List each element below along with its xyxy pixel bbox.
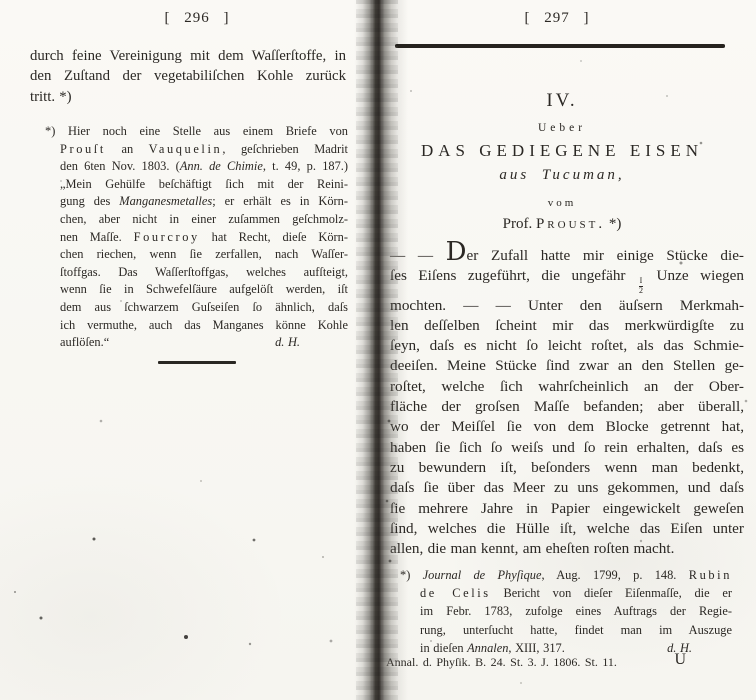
article-kicker: Ueber: [384, 122, 740, 134]
author-line: Prof. Proust. *): [384, 216, 740, 233]
binding-gutter-shadow: [356, 0, 398, 700]
article-subtitle: aus Tucuman,: [384, 167, 740, 184]
header-rule: [395, 44, 725, 48]
page-297: [ 297 ] IV. Ueber DAS GEDIEGENE EISEN au…: [384, 0, 756, 700]
byline-prefix: vom: [384, 197, 740, 209]
article-heading: IV. Ueber DAS GEDIEGENE EISEN aus Tucuma…: [384, 90, 740, 233]
article-number: IV.: [384, 90, 740, 112]
article-title: DAS GEDIEGENE EISEN: [384, 141, 740, 161]
book-scan: [ 296 ] durch feine Vereinigung mit dem …: [0, 0, 756, 700]
page-number-right: [ 297 ]: [384, 10, 730, 27]
left-body-text: durch feine Vereinigung mit dem Waſſerſt…: [30, 46, 346, 107]
right-footnote: *) Journal de Phyſique, Aug. 1799, p. 14…: [400, 566, 732, 657]
scanned-journal-spread: { "palette": { "paper": "#faf9f5", "ink"…: [0, 0, 756, 700]
footnote-end-rule: [158, 361, 236, 364]
page-number-left: [ 296 ]: [30, 10, 364, 27]
page-296: [ 296 ] durch feine Vereinigung mit dem …: [0, 0, 366, 700]
right-body-text: — — Der Zufall hatte mir einige Stücke d…: [390, 246, 744, 559]
volume-imprint: Annal. d. Phyſik. B. 24. St. 3. J. 1806.…: [386, 654, 686, 671]
left-footnote: *) Hier noch eine Stelle aus einem Brief…: [45, 123, 348, 352]
